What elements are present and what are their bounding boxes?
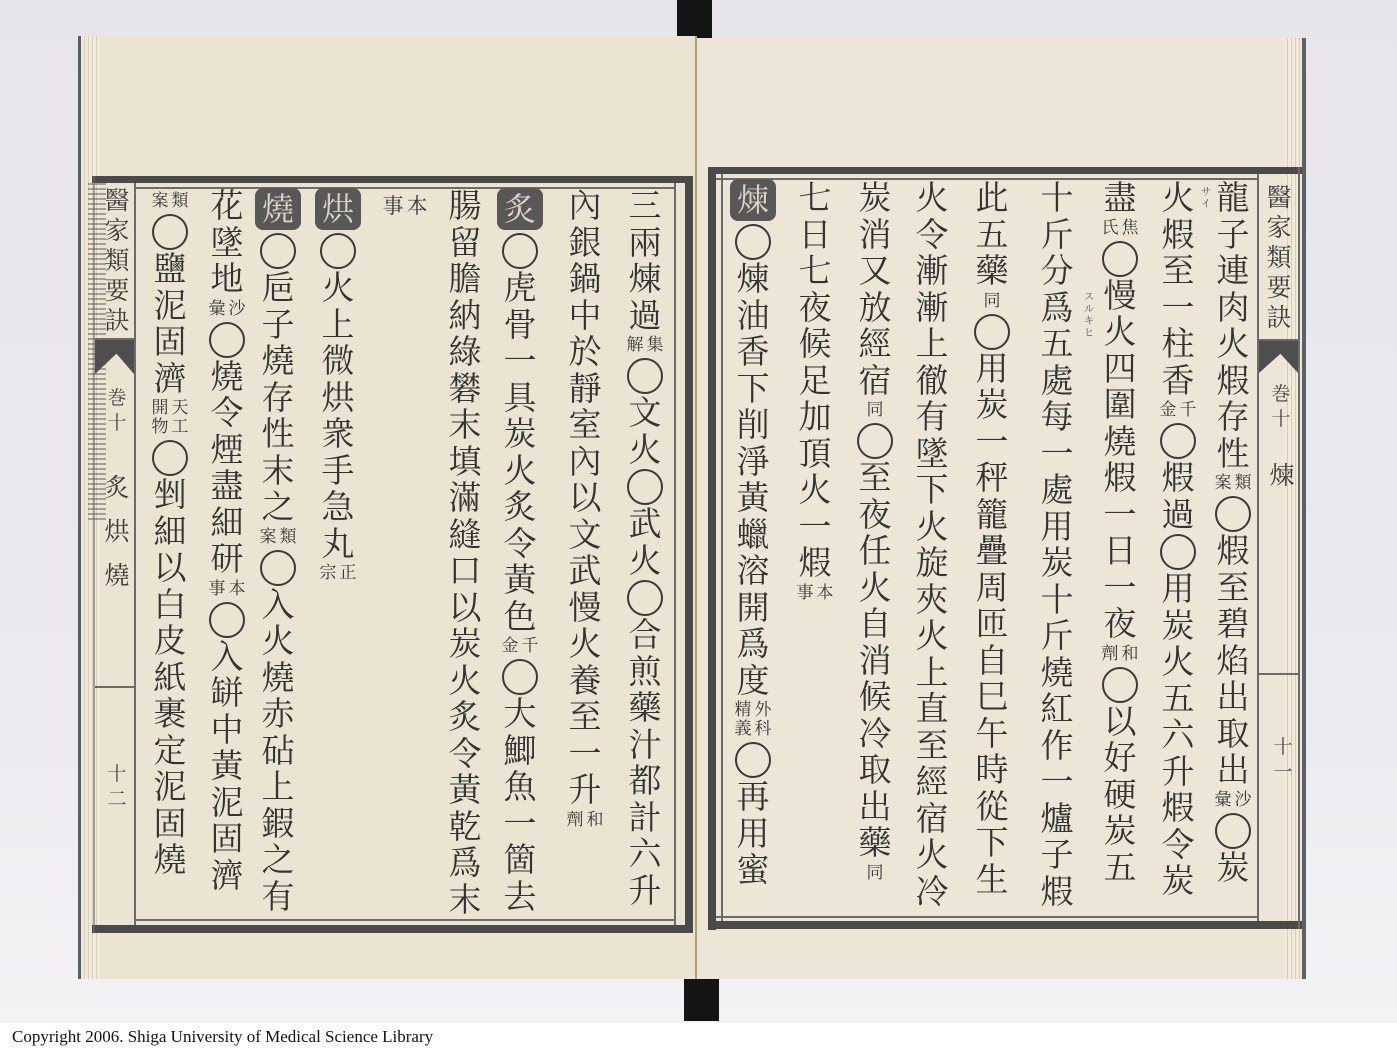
main-text: 鹽泥固濟 bbox=[147, 251, 193, 397]
main-text: 用炭火五六升煆令炭 bbox=[1155, 571, 1201, 900]
glyph: 二 bbox=[104, 787, 130, 812]
glyph: 砧 bbox=[255, 733, 301, 770]
glyph: 六 bbox=[622, 836, 668, 873]
glyph: 研 bbox=[204, 541, 250, 578]
main-text: 煆至碧焰出取出 bbox=[1210, 533, 1256, 789]
glyph: 烘 bbox=[315, 380, 361, 417]
main-text: 文火 bbox=[622, 395, 668, 468]
circle-mark: ○ bbox=[209, 602, 245, 638]
glyph: 文 bbox=[622, 395, 668, 432]
glyph: 自 bbox=[852, 606, 898, 643]
glyph: 類 bbox=[1233, 474, 1253, 493]
glyph: 五 bbox=[1034, 326, 1080, 363]
margin-divider-line bbox=[1258, 673, 1298, 675]
circle-mark: ○ bbox=[857, 423, 893, 459]
glyph: 火 bbox=[909, 837, 955, 874]
glyph: 藥 bbox=[622, 690, 668, 727]
section-label: 煉 bbox=[1265, 461, 1299, 491]
glyph: 藥 bbox=[969, 253, 1015, 290]
frame-top-border bbox=[708, 167, 1302, 174]
circle-mark: ○ bbox=[260, 550, 296, 586]
glyph: 武 bbox=[622, 506, 668, 543]
glyph: ル bbox=[1083, 304, 1095, 316]
main-text: 龍子連肉火煆存性 bbox=[1210, 180, 1256, 472]
glyph: 千 bbox=[1178, 401, 1198, 420]
glyph: 漸 bbox=[909, 253, 955, 290]
glyph: 一 bbox=[792, 509, 838, 546]
main-text: 腸留膽納綠礬末填滿縫口以炭火炙令黃乾爲末 bbox=[442, 188, 488, 918]
section-label-refine: 煉 bbox=[730, 179, 776, 221]
glyph: 此 bbox=[969, 180, 1015, 217]
circle-mark: ○ bbox=[320, 233, 356, 269]
glyph: 本 bbox=[815, 584, 835, 603]
glyph: 大 bbox=[497, 696, 543, 733]
page-number: 十二 bbox=[104, 762, 130, 812]
glyph: 醫 bbox=[1262, 183, 1296, 213]
glyph: 本 bbox=[405, 194, 429, 218]
glyph: 炭 bbox=[1210, 850, 1256, 887]
source-note: 本事 bbox=[795, 584, 835, 603]
circle-mark: ○ bbox=[627, 469, 663, 505]
glyph: 一 bbox=[1034, 764, 1080, 801]
glyph: 溶 bbox=[730, 553, 776, 590]
glyph: 火 bbox=[792, 472, 838, 509]
glyph: 頂 bbox=[792, 436, 838, 473]
glyph: 色 bbox=[497, 599, 543, 636]
glyph: 黃 bbox=[442, 772, 488, 809]
glyph: 炭 bbox=[1155, 608, 1201, 645]
text-column-1: 龍子連肉火煆存性 類案 ○ 煆至碧焰出取出 沙彙 ○ 炭 bbox=[1208, 180, 1258, 886]
circle-mark: ○ bbox=[502, 659, 538, 695]
section-labels: 炙烘燒 bbox=[102, 466, 132, 598]
main-text: 巵子燒存性末之 bbox=[255, 270, 301, 526]
glyph: 炙 bbox=[102, 466, 132, 510]
glyph: 碧 bbox=[1210, 606, 1256, 643]
glyph: 以 bbox=[442, 590, 488, 627]
frame-right-border bbox=[1298, 167, 1300, 929]
glyph: 計 bbox=[622, 800, 668, 837]
glyph: 慢 bbox=[562, 590, 608, 627]
glyph: 鍜 bbox=[255, 806, 301, 843]
glyph: 靜 bbox=[562, 371, 608, 408]
glyph: 一 bbox=[1097, 570, 1143, 607]
glyph: 龍 bbox=[1210, 180, 1256, 217]
glyph: 同 bbox=[982, 292, 1002, 311]
glyph: 礬 bbox=[442, 371, 488, 408]
text-column-2: 內銀鍋中於靜室內以文武慢火養至一升 和劑 bbox=[560, 188, 610, 832]
glyph: 兩 bbox=[622, 225, 668, 262]
glyph: 末 bbox=[442, 407, 488, 444]
glyph: 候 bbox=[852, 679, 898, 716]
glyph: 腸 bbox=[442, 188, 488, 225]
glyph: 都 bbox=[622, 763, 668, 800]
glyph: 升 bbox=[622, 873, 668, 910]
book-title: 醫家類要訣 bbox=[100, 186, 134, 336]
glyph: 夜 bbox=[1097, 606, 1143, 643]
glyph: 氏 bbox=[1100, 219, 1120, 238]
right-page-stacked-edges bbox=[1284, 38, 1306, 979]
glyph: 宗 bbox=[318, 564, 338, 583]
main-text: 燒令煙盡細研 bbox=[204, 359, 250, 578]
glyph: 淨 bbox=[730, 444, 776, 481]
glyph: 消 bbox=[852, 217, 898, 254]
glyph: 削 bbox=[730, 407, 776, 444]
frame-left-border bbox=[93, 176, 95, 933]
glyph: 事 bbox=[207, 580, 227, 599]
glyph: 合 bbox=[622, 617, 668, 654]
source-note: 沙彙 bbox=[1213, 791, 1253, 810]
glyph: 十 bbox=[1268, 407, 1294, 432]
glyph: 留 bbox=[442, 225, 488, 262]
glyph: 剉 bbox=[147, 477, 193, 514]
glyph: 五 bbox=[1155, 681, 1201, 718]
glyph: 中 bbox=[562, 298, 608, 335]
glyph: 火 bbox=[622, 432, 668, 469]
glyph: 本 bbox=[227, 580, 247, 599]
frame-bottom-border bbox=[92, 925, 692, 933]
glyph: 爐 bbox=[1034, 801, 1080, 838]
glyph: 義 bbox=[733, 720, 753, 739]
source-note: 同 bbox=[982, 292, 1002, 311]
glyph: 漸 bbox=[909, 290, 955, 327]
glyph: 地 bbox=[204, 261, 250, 298]
glyph: 宿 bbox=[852, 363, 898, 400]
glyph: 消 bbox=[852, 643, 898, 680]
glyph: 家 bbox=[100, 216, 134, 246]
glyph: 連 bbox=[1210, 253, 1256, 290]
page-number: 十一 bbox=[1270, 735, 1296, 785]
glyph: 墜 bbox=[909, 436, 955, 473]
source-note: 類案 bbox=[258, 528, 298, 547]
main-text: 火上微烘衆手急丸 bbox=[315, 270, 361, 562]
glyph: 一 bbox=[1155, 290, 1201, 327]
glyph: 彙 bbox=[207, 300, 227, 319]
glyph: 一 bbox=[969, 424, 1015, 461]
glyph: 上 bbox=[909, 655, 955, 692]
glyph: 具 bbox=[497, 380, 543, 417]
glyph: 案 bbox=[1213, 474, 1233, 493]
glyph: 下 bbox=[969, 825, 1015, 862]
glyph: 日 bbox=[792, 217, 838, 254]
circle-mark: ○ bbox=[1215, 496, 1251, 532]
glyph: 慢 bbox=[1097, 278, 1143, 315]
frame-right-inner-line bbox=[674, 183, 676, 925]
glyph: 夜 bbox=[852, 497, 898, 534]
glyph: 周 bbox=[969, 570, 1015, 607]
glyph: 固 bbox=[147, 806, 193, 843]
glyph: 用 bbox=[969, 351, 1015, 388]
glyph: 子 bbox=[255, 307, 301, 344]
frame-bottom-inner-line bbox=[136, 919, 676, 921]
glyph: 魚 bbox=[497, 769, 543, 806]
source-note: 類案 bbox=[1213, 474, 1253, 493]
glyph: 急 bbox=[315, 489, 361, 526]
main-text: 以好硬炭五 bbox=[1097, 704, 1143, 887]
glyph: 過 bbox=[1155, 497, 1201, 534]
glyph: 蜜 bbox=[730, 852, 776, 889]
glyph: 煙 bbox=[204, 432, 250, 469]
circle-mark: ○ bbox=[974, 314, 1010, 350]
text-column-7: 燒 ○ 巵子燒存性末之 類案 ○ 入火燒赤砧上鍜之有 bbox=[253, 188, 303, 915]
glyph: 令 bbox=[1155, 827, 1201, 864]
circle-mark: ○ bbox=[152, 440, 188, 476]
glyph: 室 bbox=[562, 407, 608, 444]
glyph: 十 bbox=[1270, 735, 1296, 760]
glyph: 蠟 bbox=[730, 517, 776, 554]
glyph: 分 bbox=[1034, 253, 1080, 290]
main-text: 火令漸漸上徹有墜下火旋夾火上直至經宿火冷 bbox=[909, 180, 955, 910]
text-column-2: 火煆至一柱香 千金 ○ 煆過 ○ 用炭火五六升煆令炭 bbox=[1153, 180, 1203, 900]
glyph: 升 bbox=[562, 772, 608, 809]
glyph: 取 bbox=[852, 752, 898, 789]
glyph: 巻 bbox=[104, 386, 130, 411]
glyph: 滿 bbox=[442, 480, 488, 517]
text-column-1: 三兩煉過 集解 ○ 文火 ○ 武火 ○ 合煎藥汁都計六升 bbox=[620, 188, 670, 909]
glyph: 直 bbox=[909, 691, 955, 728]
glyph: 煆 bbox=[1155, 217, 1201, 254]
main-text: 炭 bbox=[1210, 850, 1256, 887]
text-column-6: 火令漸漸上徹有墜下火旋夾火上直至經宿火冷 bbox=[907, 180, 957, 910]
glyph: 案 bbox=[150, 192, 170, 211]
glyph: 填 bbox=[442, 444, 488, 481]
glyph: 徹 bbox=[909, 363, 955, 400]
glyph: 家 bbox=[1262, 213, 1296, 243]
main-text: 用炭一秤籠疊周匝自巳午時從下生 bbox=[969, 351, 1015, 899]
glyph: 固 bbox=[147, 324, 193, 361]
glyph: 炙 bbox=[497, 489, 543, 526]
glyph: 火 bbox=[255, 623, 301, 660]
glyph: 火 bbox=[562, 626, 608, 663]
main-text: 十斤分爲五處每一處用炭十斤燒紅作一爐子煆 bbox=[1034, 180, 1080, 910]
source-note: 同 bbox=[865, 401, 885, 420]
volume-label: 巻十 bbox=[104, 386, 130, 436]
glyph: 鹽 bbox=[147, 251, 193, 288]
glyph: 末 bbox=[255, 453, 301, 490]
glyph: 斤 bbox=[1034, 217, 1080, 254]
glyph: 焰 bbox=[1210, 643, 1256, 680]
glyph: 三 bbox=[622, 188, 668, 225]
glyph: 疊 bbox=[969, 533, 1015, 570]
glyph: 有 bbox=[909, 399, 955, 436]
glyph: 膽 bbox=[442, 261, 488, 298]
glyph: 用 bbox=[1155, 571, 1201, 608]
glyph: 泥 bbox=[204, 785, 250, 822]
glyph: 一 bbox=[1034, 436, 1080, 473]
main-text: 煆過 bbox=[1155, 460, 1201, 533]
glyph: 之 bbox=[255, 842, 301, 879]
source-note: 千金 bbox=[500, 637, 540, 656]
glyph: 汁 bbox=[622, 727, 668, 764]
glyph: 燒 bbox=[147, 842, 193, 879]
glyph: 斤 bbox=[1034, 618, 1080, 655]
glyph: 性 bbox=[1210, 436, 1256, 473]
glyph: 火 bbox=[1210, 326, 1256, 363]
book-title: 醫家類要訣 bbox=[1262, 183, 1296, 333]
main-text: 火煆至一柱香 bbox=[1155, 180, 1201, 399]
glyph: 令 bbox=[497, 526, 543, 563]
frame-bottom-border bbox=[708, 921, 1302, 929]
glyph: 令 bbox=[442, 736, 488, 773]
source-note: 和劑 bbox=[565, 811, 605, 830]
glyph: 泥 bbox=[147, 288, 193, 325]
glyph: 類 bbox=[100, 246, 134, 276]
glyph: 冷 bbox=[852, 716, 898, 753]
glyph: 縫 bbox=[442, 517, 488, 554]
glyph: 炭 bbox=[1155, 863, 1201, 900]
glyph: 過 bbox=[622, 298, 668, 335]
glyph: 煆 bbox=[1155, 790, 1201, 827]
main-text: 至夜任火自消候冷取出藥 bbox=[852, 460, 898, 862]
margin-title-box-line bbox=[95, 338, 135, 340]
glyph: 同 bbox=[865, 401, 885, 420]
glyph: 皮 bbox=[147, 623, 193, 660]
glyph: 類 bbox=[1262, 243, 1296, 273]
glyph: 秤 bbox=[969, 460, 1015, 497]
glyph: 至 bbox=[1210, 570, 1256, 607]
glyph: 存 bbox=[255, 380, 301, 417]
glyph: 烘 bbox=[102, 510, 132, 554]
glyph: 五 bbox=[1097, 850, 1143, 887]
main-text: 三兩煉過 bbox=[622, 188, 668, 334]
circle-mark: ○ bbox=[1102, 241, 1138, 277]
glyph: 宿 bbox=[909, 801, 955, 838]
glyph: 於 bbox=[562, 334, 608, 371]
glyph: 納 bbox=[442, 298, 488, 335]
margin-divider-line bbox=[95, 686, 135, 688]
glyph: 任 bbox=[852, 533, 898, 570]
source-note: 本事 bbox=[381, 194, 429, 218]
source-note: 和劑 bbox=[1100, 645, 1140, 664]
glyph: 火 bbox=[497, 453, 543, 490]
glyph: 類 bbox=[278, 528, 298, 547]
main-text: 煉油香下削淨黃蠟溶開爲度 bbox=[730, 261, 776, 699]
glyph: 沙 bbox=[227, 300, 247, 319]
glyph: 集 bbox=[645, 336, 665, 355]
main-text: 虎骨一具炭火炙令黃色 bbox=[497, 270, 543, 635]
ruby-gloss: スルキヒ bbox=[1083, 292, 1095, 340]
glyph: 裹 bbox=[147, 696, 193, 733]
frame-left-inner-line bbox=[721, 174, 723, 921]
glyph: 一 bbox=[1097, 497, 1143, 534]
glyph: 上 bbox=[909, 326, 955, 363]
circle-mark: ○ bbox=[735, 224, 771, 260]
circle-mark: ○ bbox=[1215, 813, 1251, 849]
glyph: 科 bbox=[753, 720, 773, 739]
glyph: 箇 bbox=[497, 842, 543, 879]
glyph: 至 bbox=[1155, 253, 1201, 290]
glyph: 燒 bbox=[255, 343, 301, 380]
glyph: 口 bbox=[442, 553, 488, 590]
glyph: 煆 bbox=[1210, 533, 1256, 570]
glyph: 乾 bbox=[442, 809, 488, 846]
glyph: 綠 bbox=[442, 334, 488, 371]
glyph: 炭 bbox=[1097, 813, 1143, 850]
glyph: 細 bbox=[204, 505, 250, 542]
glyph: 上 bbox=[315, 307, 361, 344]
text-column-7: 炭消又放經宿 同 ○ 至夜任火自消候冷取出藥 同 bbox=[850, 180, 900, 885]
text-column-8: 七日七夜候足加頂火一煆 本事 bbox=[790, 180, 840, 605]
glyph: 火 bbox=[909, 509, 955, 546]
section-label-roast: 炙 bbox=[497, 188, 543, 230]
glyph: 從 bbox=[969, 789, 1015, 826]
main-text: 內銀鍋中於靜室內以文武慢火養至一升 bbox=[562, 188, 608, 809]
glyph: 午 bbox=[969, 716, 1015, 753]
glyph: 黃 bbox=[204, 748, 250, 785]
glyph: 性 bbox=[255, 416, 301, 453]
main-text: 盡 bbox=[1097, 180, 1143, 217]
text-column-6: 烘 ○ 火上微烘衆手急丸 正宗 bbox=[313, 188, 363, 585]
glyph: 炙 bbox=[442, 699, 488, 736]
glyph: 鯽 bbox=[497, 733, 543, 770]
glyph: 工 bbox=[170, 418, 190, 437]
glyph: 以 bbox=[147, 550, 193, 587]
glyph: 用 bbox=[730, 816, 776, 853]
glyph: 事 bbox=[795, 584, 815, 603]
main-text: 花墜地 bbox=[204, 188, 250, 298]
glyph: 存 bbox=[1210, 399, 1256, 436]
glyph: 金 bbox=[1158, 401, 1178, 420]
main-text: 再用蜜 bbox=[730, 779, 776, 889]
glyph: 有 bbox=[255, 879, 301, 916]
glyph: 彙 bbox=[1213, 791, 1233, 810]
glyph: 要 bbox=[100, 276, 134, 306]
volume-label: 巻十 bbox=[1268, 382, 1294, 432]
glyph: 墜 bbox=[204, 225, 250, 262]
glyph: 肉 bbox=[1210, 290, 1256, 327]
glyph: 細 bbox=[147, 514, 193, 551]
text-column-5: 本事 bbox=[380, 192, 430, 220]
glyph: 固 bbox=[204, 821, 250, 858]
circle-mark: ○ bbox=[1160, 534, 1196, 570]
black-ribbon-bottom bbox=[684, 979, 719, 1021]
glyph: 白 bbox=[147, 587, 193, 624]
glyph: 虎 bbox=[497, 270, 543, 307]
glyph: 衆 bbox=[315, 416, 361, 453]
glyph: 解 bbox=[625, 336, 645, 355]
source-note: 類案 bbox=[150, 192, 190, 211]
main-text: 剉細以白皮紙裹定泥固燒 bbox=[147, 477, 193, 879]
glyph: 火 bbox=[1155, 180, 1201, 217]
glyph: 沙 bbox=[1233, 791, 1253, 810]
glyph: 末 bbox=[442, 882, 488, 919]
glyph: 物 bbox=[150, 418, 170, 437]
glyph: 煆 bbox=[792, 545, 838, 582]
copyright-notice: Copyright 2006. Shiga University of Medi… bbox=[12, 1027, 433, 1047]
glyph: 加 bbox=[792, 399, 838, 436]
glyph: 外 bbox=[753, 701, 773, 720]
glyph: 泥 bbox=[147, 769, 193, 806]
glyph: 黃 bbox=[497, 562, 543, 599]
glyph: 四 bbox=[1097, 351, 1143, 388]
text-column-3: 炙 ○ 虎骨一具炭火炙令黃色 千金 ○ 大鯽魚一箇去 bbox=[495, 188, 545, 915]
glyph: 十 bbox=[104, 411, 130, 436]
glyph: 煎 bbox=[622, 654, 668, 691]
glyph: 燒 bbox=[1034, 655, 1080, 692]
glyph: 每 bbox=[1034, 399, 1080, 436]
glyph: 骨 bbox=[497, 307, 543, 344]
glyph: 度 bbox=[730, 663, 776, 700]
glyph: 案 bbox=[258, 528, 278, 547]
glyph: 煆 bbox=[1097, 460, 1143, 497]
glyph: 令 bbox=[909, 217, 955, 254]
glyph: 火 bbox=[852, 570, 898, 607]
glyph: 養 bbox=[562, 663, 608, 700]
glyph: 巳 bbox=[969, 679, 1015, 716]
source-note: 集解 bbox=[625, 336, 665, 355]
glyph: 內 bbox=[562, 444, 608, 481]
glyph: 油 bbox=[730, 298, 776, 335]
glyph: 用 bbox=[1034, 509, 1080, 546]
